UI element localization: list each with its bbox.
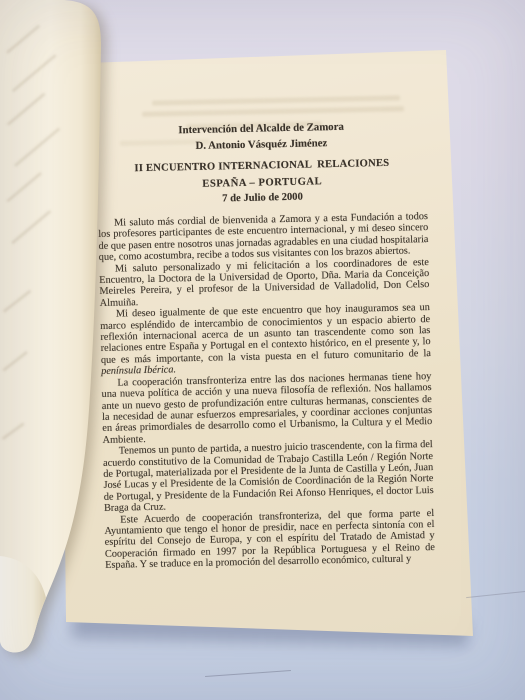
ink-bleed-line xyxy=(152,95,400,105)
paragraph: Mi deseo igualmente de que este encuentr… xyxy=(100,302,431,377)
book-photo: Intervención del Alcalde de Zamora D. An… xyxy=(0,0,525,700)
page-content: Intervención del Alcalde de Zamora D. An… xyxy=(96,119,435,571)
speech-author: D. Antonio Vásquéz Jiménez xyxy=(96,135,426,154)
paragraph-text: La cooperación transfronteriza entre las… xyxy=(102,371,433,446)
event-date: 7 de Julio de 2000 xyxy=(97,189,427,207)
paragraph-text: Mi deseo igualmente de que este encuentr… xyxy=(100,302,431,366)
event-title: II ENCUENTRO INTERNACIONAL RELACIONES xyxy=(97,157,427,175)
paragraph-text: Este Acuerdo de cooperación transfronter… xyxy=(104,508,435,572)
paragraph: Este Acuerdo de cooperación transfronter… xyxy=(104,508,435,572)
turning-page xyxy=(0,0,140,700)
paragraph: Mi saluto personalizado y mi felicitació… xyxy=(99,257,430,310)
turning-page-sheet xyxy=(0,0,101,652)
paragraph: Mi saluto más cordial de bienvenida a Za… xyxy=(98,211,429,264)
table-scratch xyxy=(466,591,525,598)
paragraph: Tenemos un punto de partida, a nuestro j… xyxy=(103,439,434,514)
paragraph-text: Tenemos un punto de partida, a nuestro j… xyxy=(103,439,434,514)
table-scratch xyxy=(205,670,291,677)
paragraph-text: Mi saluto más cordial de bienvenida a Za… xyxy=(98,211,428,263)
speech-body: Mi saluto más cordial de bienvenida a Za… xyxy=(98,211,435,571)
ink-bleed-line xyxy=(142,106,404,116)
paragraph: La cooperación transfronteriza entre las… xyxy=(101,371,432,446)
paragraph-text: Mi saluto personalizado y mi felicitació… xyxy=(99,257,429,309)
